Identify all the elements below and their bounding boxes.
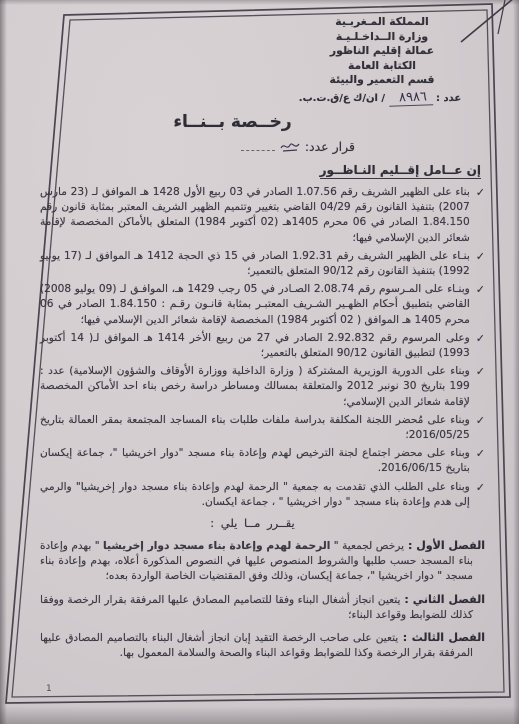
decision-number-label: قرار عدد: — [305, 139, 355, 154]
clause-text: وعلى المرسوم رقم 2.92.832 الصادر في 27 م… — [40, 331, 470, 361]
clause-item: ✓ وبناء على مُحضر اللجنة المكلفة بدراسة … — [40, 413, 485, 443]
article-3: الفصل الثالث : يتعين على صاحب الرخصة الت… — [40, 630, 485, 661]
page-number: 1 — [46, 684, 52, 694]
clause-text: وبناء على محضر اجتماع لجنة الترخيص لهدم … — [40, 446, 470, 476]
article-1-label: الفصل الأول — [416, 539, 485, 552]
check-icon: ✓ — [476, 331, 485, 361]
handwritten-reference-number: ٨٩٨٦ — [388, 89, 432, 107]
decision-number-line: قرار عدد: — [241, 139, 355, 154]
scanned-document-page: المملكة المـغربـية وزارة الــداخـلـيـة ع… — [0, 0, 519, 724]
clause-text: وبناء على مُحضر اللجنة المكلفة بدراسة مل… — [40, 413, 470, 443]
addressee-heading: إن عــامل إقــليم النـاظــور — [40, 163, 481, 177]
decides-heading: يقــرر مــا يلي : — [210, 516, 295, 530]
check-icon: ✓ — [476, 413, 485, 443]
clause-item: ✓ وبنـاء على المـرسوم رقم 2.08.74 الصـاد… — [40, 282, 485, 328]
check-icon: ✓ — [476, 249, 485, 279]
clause-item: ✓ بناء على الظهير الشريف رقم 1.07.56 الص… — [40, 185, 485, 246]
article-3-label: الفصل الثالث — [412, 631, 485, 644]
dotted-fill-line — [241, 142, 275, 151]
letterhead-line-ministry: وزارة الــداخـلـيـة — [293, 30, 471, 45]
article-1: الفصل الأول : يرخص لجمعية " الرحمة لهدم … — [40, 538, 485, 585]
legal-clauses: ✓ بناء على الظهير الشريف رقم 1.07.56 الص… — [40, 185, 485, 510]
letterhead-line-secretariat: الكتابة العامة — [293, 59, 471, 74]
clause-item: ✓ وبناء على الدورية الوزيرية المشتركة ( … — [40, 364, 485, 410]
reference-number-suffix: / ان/ك ع/ق.ت.ب. — [299, 93, 385, 104]
reference-number-line: عدد : ٨٩٨٦ / ان/ك ع/ق.ت.ب. — [275, 90, 485, 106]
clause-text: وبناء على الطلب الذي تقدمت به جمعية " ال… — [40, 480, 470, 510]
clause-text: بنـاء على الظهير الشريف رقم 1.92.31 الصا… — [40, 249, 470, 279]
letterhead-line-kingdom: المملكة المـغربـية — [293, 15, 471, 30]
clause-item: ✓ بنـاء على الظهير الشريف رقم 1.92.31 ال… — [40, 249, 485, 279]
handwritten-squiggle-mark — [279, 139, 301, 153]
clause-item: ✓ وعلى المرسوم رقم 2.92.832 الصادر في 27… — [40, 331, 485, 361]
check-icon: ✓ — [476, 282, 485, 328]
clause-item: ✓ وبناء على محضر اجتماع لجنة الترخيص لهد… — [40, 446, 485, 476]
check-icon: ✓ — [476, 364, 485, 410]
clause-item: ✓ وبناء على الطلب الذي تقدمت به جمعية " … — [40, 480, 485, 510]
letterhead-line-province: عمالة إقليم الناظور — [293, 44, 471, 59]
reference-number-label: عدد : — [436, 93, 461, 104]
article-2: الفصل الثاني : يتعين انجاز أشغال البناء … — [40, 592, 485, 623]
letterhead: المملكة المـغربـية وزارة الــداخـلـيـة ع… — [293, 15, 471, 88]
clause-text: وبنـاء على المـرسوم رقم 2.08.74 الصـادر … — [40, 282, 470, 328]
check-icon: ✓ — [476, 480, 485, 510]
association-name: الرحمة لهدم وإعادة بناء مسجد دوار إخريشي… — [103, 540, 330, 552]
check-icon: ✓ — [476, 185, 485, 246]
clause-text: وبناء على الدورية الوزيرية المشتركة ( وز… — [40, 364, 470, 410]
check-icon: ✓ — [476, 446, 485, 476]
clause-text: بناء على الظهير الشريف رقم 1.07.56 الصاد… — [40, 185, 470, 246]
document-content: المملكة المـغربـية وزارة الــداخـلـيـة ع… — [40, 15, 485, 668]
articles-section: الفصل الأول : يرخص لجمعية " الرحمة لهدم … — [40, 538, 485, 661]
document-title: رخــصة بــنــاء — [173, 112, 291, 132]
article-2-label: الفصل الثاني — [413, 593, 485, 606]
letterhead-line-division: قسم التعمير والبيئة — [293, 73, 471, 88]
